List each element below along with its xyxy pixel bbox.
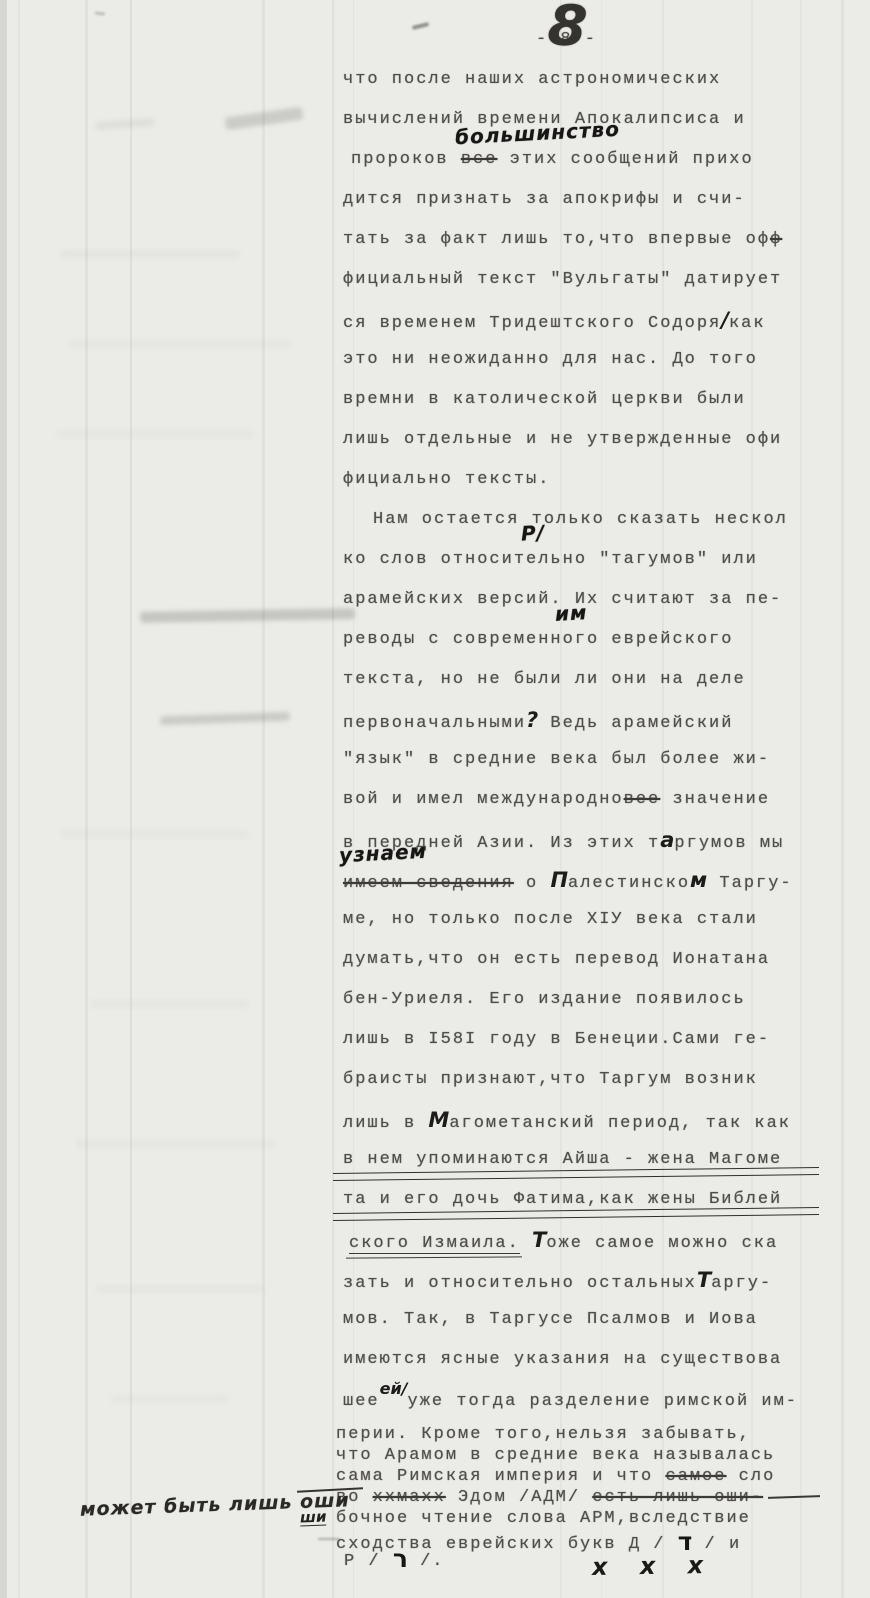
- typed-text: агометанский период, так как: [449, 1114, 791, 1133]
- handwritten-hebrew-letter: ר: [393, 1542, 408, 1576]
- typed-line: сама Римская империя и что самое сло: [336, 1466, 836, 1487]
- typed-line: первоначальными? Ведь арамейский: [343, 700, 803, 740]
- typed-line: фициально тексты.: [343, 460, 803, 500]
- handwritten-correction: П: [550, 868, 568, 892]
- typed-line: вой и имел международновее значение: [343, 780, 803, 820]
- paper-streak: [841, 0, 844, 1598]
- typed-line: дится признать за апокрифы и счи-: [343, 180, 803, 220]
- typed-line: что после наших астрономических: [343, 60, 803, 100]
- paper-edge-shadow: [0, 0, 7, 1598]
- typed-text: текста, но не были ли они на деле: [343, 670, 746, 689]
- typed-line: Р / ר /.: [344, 1540, 444, 1579]
- typed-line: текста, но не были ли они на деле: [343, 660, 803, 700]
- typed-text: уже тогда разделение римской им-: [408, 1392, 798, 1411]
- handwritten-insertion: Р/: [520, 522, 545, 543]
- typed-text: зать и относительно остальных: [343, 1274, 697, 1293]
- typed-line: браисты признают,что Таргум возник: [343, 1060, 803, 1100]
- typed-line: ся временем Тридештского Содоря/как: [343, 300, 803, 340]
- typed-line: фициальный текст "Вульгаты" датирует: [343, 260, 803, 300]
- handwritten-correction: М: [428, 1108, 449, 1132]
- paper-streak: [18, 0, 20, 1598]
- typed-text: как: [729, 314, 766, 333]
- typed-text: этих сообщений прихо: [497, 150, 753, 169]
- typed-line: это ни неожиданно для нас. До того: [343, 340, 803, 380]
- typed-text: вой и имел международно: [343, 790, 624, 809]
- handwritten-hebrew-letter: ד: [678, 1531, 693, 1552]
- typed-line: Нам остается только сказать нескол: [343, 500, 803, 540]
- typed-line: бен-Уриеля. Его издание появилось: [343, 980, 803, 1020]
- struck-text: самое: [665, 1467, 726, 1486]
- typed-text: мов. Так, в Таргусе Псалмов и Иова: [343, 1310, 758, 1329]
- typed-line: "язык" в средние века был более жи-: [343, 740, 803, 780]
- typed-text: лишь в: [343, 1114, 428, 1133]
- typed-line: бочное чтение слова АРМ,вследствиеши: [336, 1508, 836, 1529]
- struck-text: ф: [770, 230, 782, 249]
- typed-text: ргумов мы: [674, 834, 784, 853]
- typed-footer: перии. Кроме того,нельзя забывать,что Ар…: [336, 1424, 836, 1550]
- typed-text: [520, 1234, 532, 1253]
- handwritten-correction: /: [721, 308, 729, 332]
- ghost-text-mark: [224, 107, 303, 131]
- typed-text: Р /: [344, 1552, 393, 1571]
- ghost-text-mark: [60, 830, 250, 838]
- typed-line: ского Измаила. Тоже самое можно ска: [343, 1220, 803, 1260]
- ghost-text-mark: [90, 1000, 250, 1008]
- typed-line: зать и относительно остальныхТаргу-: [343, 1260, 803, 1300]
- typed-line: лишь отдельные и не утвержденные офи: [343, 420, 803, 460]
- typed-line: что Арамом в средние века называлась: [336, 1445, 836, 1466]
- handwritten-xxx-marks: х х х: [592, 1551, 708, 1581]
- struck-text: все: [461, 150, 498, 169]
- typed-text: имеются ясные указания на существова: [343, 1350, 782, 1369]
- typed-line: та и его дочь Фатима,как жены Библей: [343, 1180, 803, 1220]
- typed-text: значение: [660, 790, 770, 809]
- final-line: Р / ר /.: [344, 1540, 444, 1574]
- typed-line: реводы с современного еврейскогоим: [343, 620, 803, 660]
- typed-text: ся временем Тридештского Содоря: [343, 314, 721, 333]
- typed-text: "язык" в средние века был более жи-: [343, 750, 770, 769]
- handwritten-superscript: ей/: [380, 1379, 408, 1398]
- typed-text: что после наших астрономических: [343, 70, 721, 89]
- struck-text: имеем сведения: [343, 874, 514, 893]
- struck-text: вее: [624, 790, 661, 809]
- handwritten-correction: Т: [697, 1268, 711, 1292]
- ghost-text-mark: [55, 430, 255, 438]
- typed-text: дится признать за апокрифы и счи-: [343, 190, 746, 209]
- typed-text: браисты признают,что Таргум возник: [343, 1070, 758, 1089]
- typed-text: первоначальными: [343, 714, 526, 733]
- handwritten-insertion: узнаем: [339, 841, 428, 866]
- handwritten-underline: [333, 1207, 819, 1221]
- typed-text: фициально тексты.: [343, 470, 550, 489]
- handwritten-insertion: большинство: [455, 119, 621, 148]
- typed-line: ме, но только после ХIУ века стали: [343, 900, 803, 940]
- scanned-page: - 8 - 8 что после наших астрономическихв…: [0, 0, 870, 1598]
- ink-smudge: [412, 22, 429, 30]
- typed-text: в нем упоминаются Айша - жена Магоме: [343, 1150, 782, 1169]
- handwritten-correction: м: [690, 868, 707, 892]
- typed-text: алестинско: [568, 874, 690, 893]
- typed-text: лишь в I58I году в Бенеции.Сами ге-: [343, 1030, 770, 1049]
- typed-text: Нам остается только сказать нескол: [373, 510, 788, 529]
- typed-text: ко слов относительно "тагумов" или: [343, 550, 758, 569]
- typed-line: думать,что он есть перевод Ионатана: [343, 940, 803, 980]
- typed-text: фициальный текст "Вульгаты" датирует: [343, 270, 782, 289]
- typed-text: /.: [408, 1552, 445, 1571]
- ghost-text-mark: [70, 340, 290, 348]
- ghost-text-mark: [110, 1395, 230, 1403]
- handwritten-correction: ?: [526, 708, 538, 732]
- typed-text: это ни неожиданно для нас. До того: [343, 350, 758, 369]
- typed-line: тать за факт лишь то,что впервые офф: [343, 220, 803, 260]
- typed-text: бен-Уриеля. Его издание появилось: [343, 990, 746, 1009]
- typed-line: пророков все этих сообщений прихобольшин…: [343, 140, 803, 180]
- ghost-text-mark: [75, 1140, 275, 1148]
- paper-streak: [85, 0, 88, 1598]
- typed-text: аргу-: [711, 1274, 772, 1293]
- handwritten-correction: Т: [532, 1228, 546, 1252]
- struck-text: ххмахх: [373, 1488, 446, 1507]
- underlined-text: ского Измаила.: [349, 1234, 520, 1254]
- ghost-text-mark: [60, 250, 240, 258]
- handwritten-correction: а: [660, 828, 674, 852]
- typed-text: Эдом /АДМ/: [446, 1488, 592, 1507]
- typed-text: о: [514, 874, 551, 893]
- typed-line: имеются ясные указания на существова: [343, 1340, 803, 1380]
- typed-text: думать,что он есть перевод Ионатана: [343, 950, 770, 969]
- typed-line: во ххмахх Эдом /АДМ/ есть лишь оши-: [336, 1487, 836, 1508]
- typed-line: шееей/уже тогда разделение римской им-: [343, 1380, 803, 1420]
- typed-text: времни в католической церкви были: [343, 390, 746, 409]
- typed-text: реводы с современного еврейского: [343, 630, 733, 649]
- typed-line: мов. Так, в Таргусе Псалмов и Иова: [343, 1300, 803, 1340]
- typed-line: имеем сведения о Палестинском Таргу-узна…: [343, 860, 803, 900]
- handwritten-page-number: 8: [546, 0, 589, 60]
- paper-streak: [332, 0, 334, 1598]
- typed-line: перии. Кроме того,нельзя забывать,: [336, 1424, 836, 1445]
- typed-line: лишь в Магометанский период, так как: [343, 1100, 803, 1140]
- typed-line: в нем упоминаются Айша - жена Магоме: [343, 1140, 803, 1180]
- typed-line: лишь в I58I году в Бенеции.Сами ге-: [343, 1020, 803, 1060]
- ghost-text-mark: [95, 1285, 265, 1293]
- ink-smudge: [95, 11, 105, 15]
- typed-text: шее: [343, 1392, 380, 1411]
- typed-text: перии. Кроме того,нельзя забывать,: [336, 1425, 751, 1444]
- typed-text: Таргу-: [707, 874, 792, 893]
- ghost-text-mark: [95, 118, 155, 130]
- typed-text: тать за факт лишь то,что впервые оф: [343, 230, 770, 249]
- typed-text: что Арамом в средние века называлась: [336, 1446, 775, 1465]
- handwritten-underline: [333, 1167, 819, 1181]
- typed-text: ме, но только после ХIУ века стали: [343, 910, 758, 929]
- ghost-text-mark: [160, 712, 290, 726]
- typed-text: сло: [726, 1467, 775, 1486]
- typed-text: лишь отдельные и не утвержденные офи: [343, 430, 782, 449]
- ghost-text-mark: [140, 608, 355, 623]
- typed-text: бочное чтение слова АРМ,вследствие: [336, 1509, 751, 1528]
- typed-text: Ведь арамейский: [538, 714, 733, 733]
- typed-text: пророков: [351, 150, 461, 169]
- paper-streak: [262, 0, 265, 1598]
- typed-text: сама Римская империя и что: [336, 1467, 665, 1486]
- typed-line: ко слов относительно "тагумов" илиР/: [343, 540, 803, 580]
- typed-text: оже самое можно ска: [546, 1234, 778, 1253]
- typed-line: времни в католической церкви были: [343, 380, 803, 420]
- typed-body: что после наших астрономическихвычислени…: [343, 60, 803, 1420]
- struck-text: есть лишь оши-: [592, 1488, 763, 1507]
- paper-streak: [130, 0, 132, 1598]
- handwritten-insertion: им: [554, 602, 587, 624]
- typed-text: та и его дочь Фатима,как жены Библей: [343, 1190, 782, 1209]
